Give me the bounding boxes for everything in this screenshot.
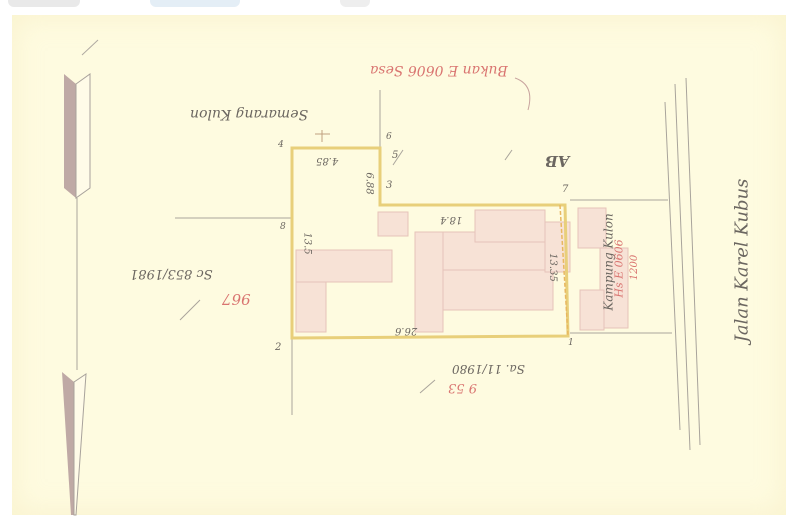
lot-left-red-label: 967 <box>222 290 251 308</box>
measurement-left-vertical: 13.5 <box>302 232 313 254</box>
north-arrow-icon <box>64 40 98 370</box>
measurement-bottom-horizontal: 26.6 <box>395 325 417 336</box>
lot-bottom-red-label: 9 53 <box>448 380 477 395</box>
building-footprints <box>296 208 628 332</box>
semarang-label: Semarang Kulon <box>190 106 308 122</box>
measurement-top-small: 4.85 <box>316 155 338 166</box>
right-vertical-red-label-1: Hs E 0606 <box>613 239 626 297</box>
lot-left-ref-label: Sc 853/1981 <box>130 266 213 281</box>
point-marker: 8 <box>280 222 286 232</box>
measurement-right-vertical: 13.35 <box>547 253 558 282</box>
north-arrow-icon <box>62 372 86 515</box>
measurement-inner-vertical: 6.88 <box>364 172 375 194</box>
measurement-mid-horizontal: 18.4 <box>440 214 462 225</box>
lot-bottom-ref-label: Sa. 11/1980 <box>452 362 525 376</box>
point-marker: 2 <box>275 342 281 353</box>
street-name-label: Jalan Karel Kubus <box>731 179 752 343</box>
cadastral-plan <box>0 0 804 523</box>
initials-label: AB <box>545 152 569 170</box>
right-vertical-red-label-2: 1200 <box>629 255 640 280</box>
point-marker: 6 <box>386 132 392 142</box>
point-marker: 3 <box>386 180 392 191</box>
point-marker: 7 <box>562 184 568 195</box>
point-marker: 5 <box>392 150 398 161</box>
header-red-label: Bukan E 0606 Sesa <box>370 62 508 78</box>
point-marker: 4 <box>278 140 284 150</box>
point-marker: 1 <box>568 338 574 348</box>
